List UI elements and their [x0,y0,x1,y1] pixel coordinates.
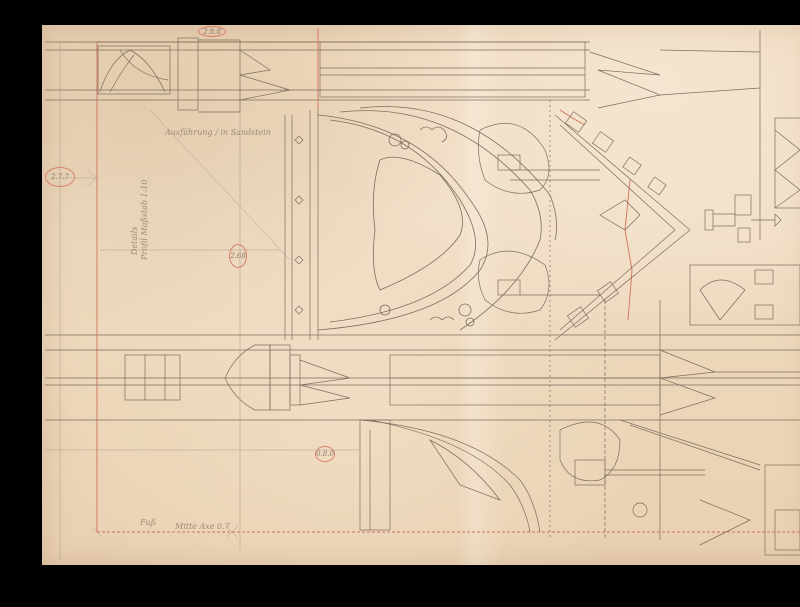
left-vertical-note: Profil Maßstab 1:10 [140,190,149,260]
top-note: Ausführung / in Sandstein [165,128,271,137]
construction-lines [45,42,360,560]
red-construction-lines [97,28,800,532]
main-arch [318,107,557,330]
bottom-note: Fuß [140,518,156,527]
circled-ref-center: 2.68 [229,244,247,268]
circled-ref-lower: 0.8.0 [315,446,335,462]
right-tracery [478,30,800,540]
left-vertical-sub: Details [130,225,139,255]
bottom-note-2: Mitte Axe 0.7 [175,522,230,531]
lower-arch [360,300,800,555]
top-band [45,38,760,112]
middle-band [45,335,800,420]
architectural-drawing [0,0,800,607]
circled-ref-left: 2.7.7 [45,167,75,187]
top-circled-ref: 2.8.8 [198,26,226,37]
left-column [285,110,318,340]
